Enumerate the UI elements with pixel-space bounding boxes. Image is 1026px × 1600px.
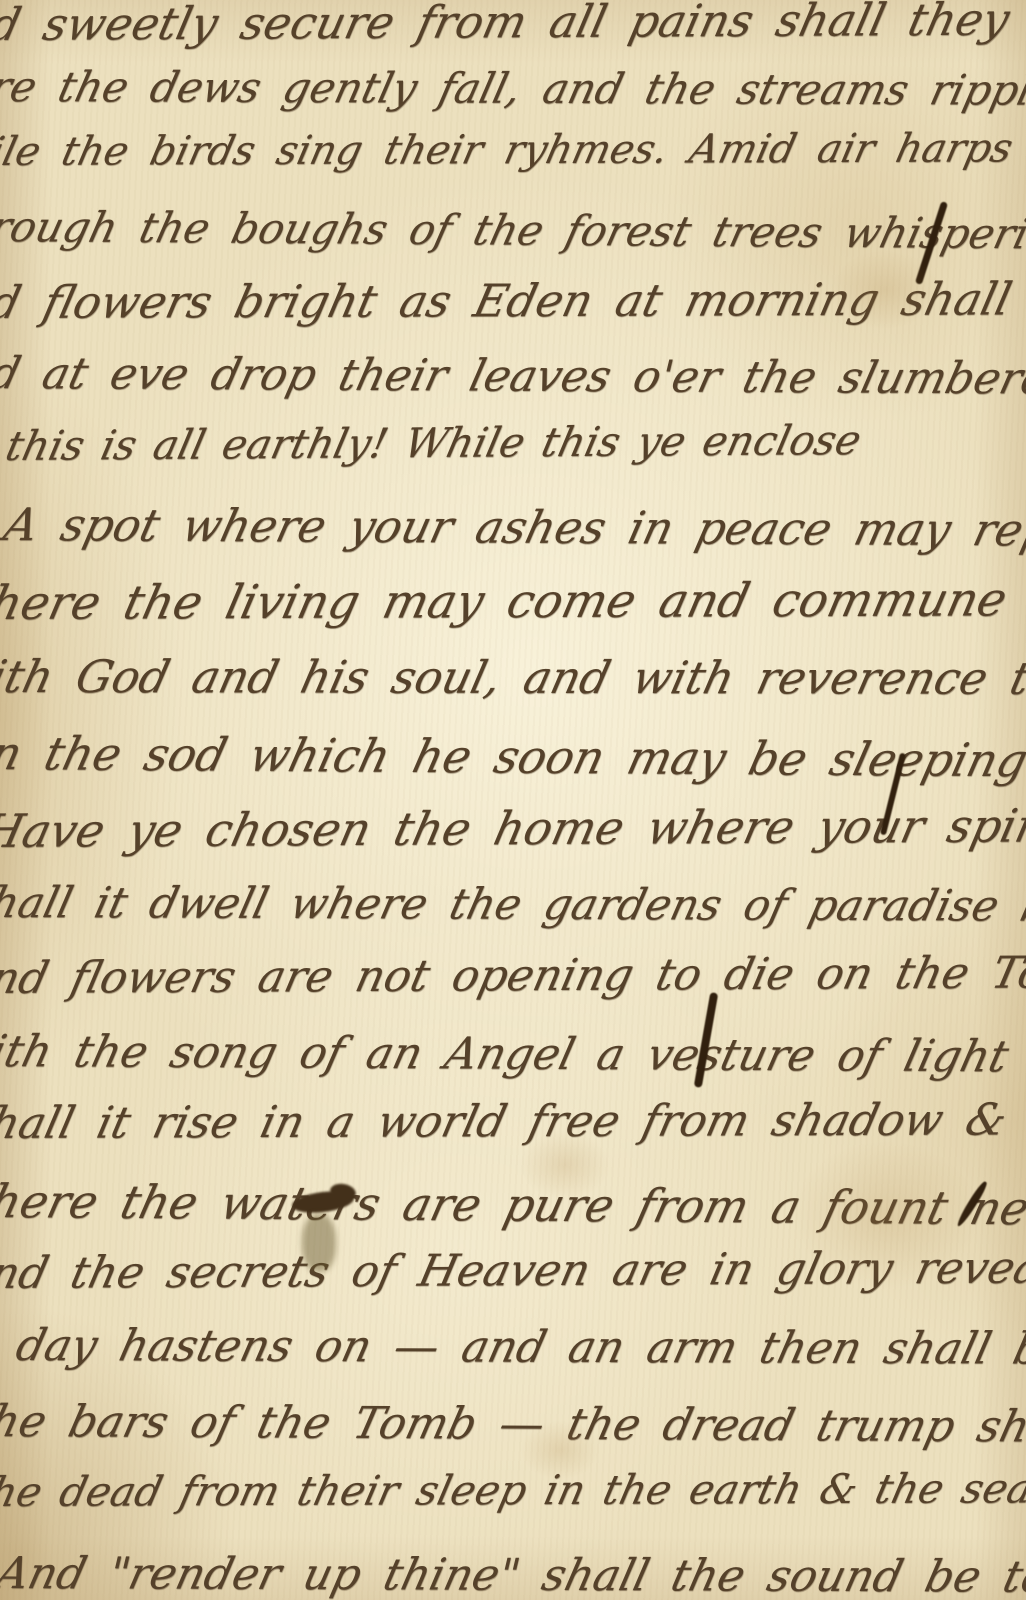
manuscript-line: And "render up thine" shall the sound be… (0, 1552, 1026, 1600)
paper-stain (830, 250, 940, 330)
manuscript-line: hall it rise in a world free from shadow… (0, 1098, 1026, 1146)
manuscript-line: d at eve drop their leaves o'er the slum… (0, 352, 1026, 402)
manuscript-line: A spot where your ashes in peace may rep… (0, 502, 1026, 553)
manuscript-line: he dead from their sleep in the earth & … (0, 1468, 1026, 1513)
manuscript-line: d sweetly secure from all pains shall th… (0, 0, 1026, 47)
manuscript-line: ith God and his soul, and with reverence… (0, 654, 1026, 701)
manuscript-line: re the dews gently fall, and the streams… (0, 66, 1026, 112)
manuscript-page: d sweetly secure from all pains shall th… (0, 0, 1026, 1600)
manuscript-line: he bars of the Tomb — the dread trump sh… (0, 1400, 1026, 1450)
manuscript-line: day hastens on — and an arm then shall b… (12, 1324, 1026, 1372)
manuscript-line: n the sod which he soon may be sleeping … (0, 730, 1026, 784)
manuscript-line: Have ye chosen the home where your spiri… (0, 802, 1026, 854)
paper-stain (520, 1130, 610, 1200)
manuscript-line: hall it dwell where the gardens of parad… (0, 882, 1026, 929)
manuscript-line: this is all earthly! While this ye enclo… (2, 418, 1026, 467)
manuscript-line: here the living may come and commune wit… (0, 576, 1026, 627)
manuscript-line: ith the song of an Angel a vesture of li… (0, 1030, 1026, 1080)
manuscript-line: rough the boughs of the forest trees whi… (0, 206, 1026, 256)
manuscript-line: nd flowers are not opening to die on the… (0, 951, 1026, 1001)
paper-stain (790, 1140, 980, 1290)
paper-stain (520, 1420, 600, 1480)
ink-smudge (302, 1214, 336, 1272)
manuscript-line: ile the birds sing their ryhmes. Amid ai… (0, 128, 1026, 172)
